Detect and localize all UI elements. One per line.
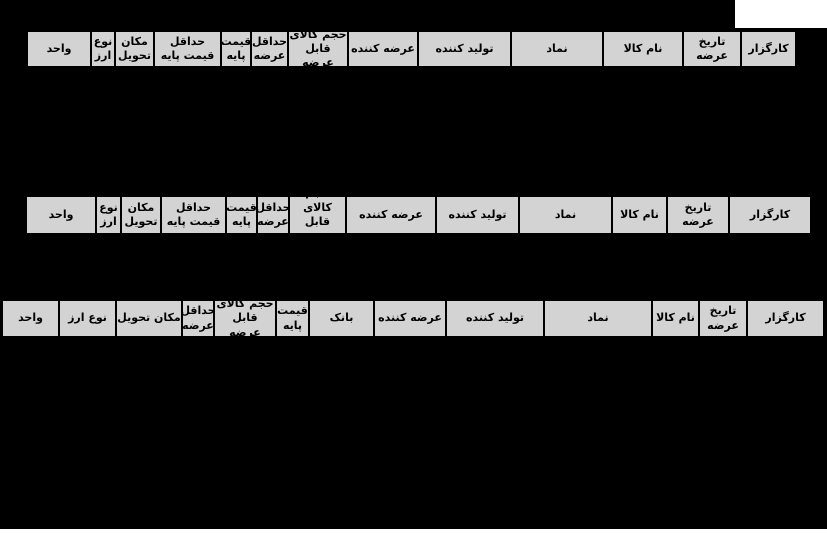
header-cell-unit: واحد [28,32,90,66]
header-cell-symbol: نماد [512,32,602,66]
header-cell-bank: بانک [310,301,373,336]
header-cell-supplyable-volume: حجم کالای قابل عرضه [290,197,345,233]
header-cell-base-price: قیمت پایه [277,301,308,336]
header-cell-min-base-price: حداقل قیمت پایه [155,32,220,66]
header-cell-unit: واحد [3,301,58,336]
header-cell-supply-date: تاریخ عرضه [684,32,740,66]
header-cell-min-supply: حداقل عرضه [183,301,213,336]
header-row-3: کارگزارتاریخ عرضهنام کالانمادتولید کننده… [1,299,825,338]
header-cell-broker: کارگزار [742,32,795,66]
header-cell-base-price: قیمت پایه [222,32,250,66]
header-cell-producer: تولید کننده [419,32,510,66]
header-cell-symbol: نماد [545,301,651,336]
header-cell-supplier: عرضه کننده [347,197,435,233]
header-cell-commodity-name: نام کالا [613,197,666,233]
header-cell-commodity-name: نام کالا [604,32,682,66]
header-cell-currency-type: نوع ارز [97,197,120,233]
header-cell-supply-date: تاریخ عرضه [668,197,728,233]
document-page: کارگزارتاریخ عرضهنام کالانمادتولید کننده… [0,0,827,534]
page-corner-cutout [735,0,827,28]
header-cell-producer: تولید کننده [447,301,543,336]
header-cell-delivery-location: مکان تحویل [117,301,181,336]
header-cell-min-supply: حداقل عرضه [258,197,288,233]
header-cell-supply-date: تاریخ عرضه [700,301,746,336]
header-cell-delivery-location: مکان تحویل [122,197,160,233]
header-row-1: کارگزارتاریخ عرضهنام کالانمادتولید کننده… [26,30,797,68]
header-cell-producer: تولید کننده [437,197,518,233]
header-cell-supplyable-volume: حجم کالای قابل عرضه [215,301,275,336]
header-cell-base-price: قیمت پایه [227,197,256,233]
header-cell-supplier: عرضه کننده [375,301,445,336]
header-cell-supplyable-volume: حجم کالای قابل عرضه [289,32,347,66]
header-row-2: کارگزارتاریخ عرضهنام کالانمادتولید کننده… [25,195,812,235]
header-cell-symbol: نماد [520,197,611,233]
header-cell-min-base-price: حداقل قیمت پایه [162,197,225,233]
header-cell-min-supply: حداقل عرضه [252,32,287,66]
header-cell-commodity-name: نام کالا [653,301,698,336]
bottom-white-strip [0,529,827,534]
header-cell-broker: کارگزار [730,197,810,233]
header-cell-broker: کارگزار [748,301,823,336]
header-cell-unit: واحد [27,197,95,233]
header-cell-delivery-location: مکان تحویل [116,32,153,66]
header-cell-currency-type: نوع ارز [60,301,115,336]
header-cell-currency-type: نوع ارز [92,32,114,66]
header-cell-supplier: عرضه کننده [349,32,417,66]
